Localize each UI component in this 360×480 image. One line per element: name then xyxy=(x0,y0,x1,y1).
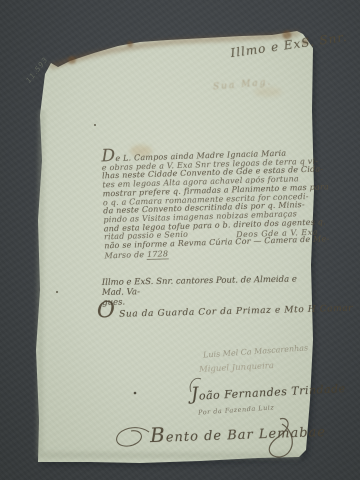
manuscript-photo: 11.593 Illmo e ExS. Snr. Sua Mag. De L. … xyxy=(0,0,360,480)
stain-spot xyxy=(68,56,76,64)
dateline-year: 1728 xyxy=(147,249,168,260)
stain-spot xyxy=(127,41,133,47)
paper-speck xyxy=(56,291,58,293)
paper-speck xyxy=(134,392,137,395)
dateline-prefix: Marso de xyxy=(104,250,147,260)
body-text: De L. Campos ainda Madre Ignacia Maria e… xyxy=(101,146,318,261)
paper-speck xyxy=(94,124,96,126)
